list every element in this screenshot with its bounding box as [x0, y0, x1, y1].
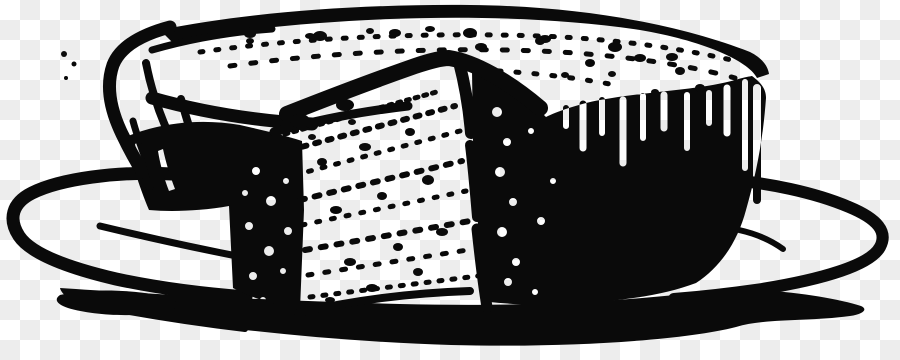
- plate-front-band: [60, 288, 864, 346]
- crumb-speck: [317, 158, 327, 166]
- crumb-speck: [330, 206, 342, 214]
- crumb-dot: [608, 71, 616, 77]
- crumb-row: [305, 221, 470, 250]
- crust-blob: [290, 114, 310, 128]
- crumb-dot: [585, 59, 595, 67]
- crumb-speck: [377, 192, 387, 200]
- crumb-speck: [325, 297, 335, 303]
- crumb-dot: [246, 38, 254, 44]
- crumb-speck: [359, 143, 371, 151]
- crumb-speck: [405, 128, 415, 136]
- slice-edge-stroke: [470, 145, 477, 217]
- crumb-speck: [366, 284, 378, 292]
- plate-rim-right-inner-stroke: [739, 230, 783, 249]
- plate: [13, 173, 883, 345]
- plate-rim-left-inner-stroke: [100, 226, 252, 259]
- crumb-speck: [308, 134, 316, 140]
- crumb-dot: [366, 28, 374, 34]
- crumb-speck: [436, 228, 448, 236]
- crust-blob: [336, 99, 354, 111]
- cake-clipart-illustration: Black and white woodcut-style clipart dr…: [0, 0, 900, 360]
- slice-edge-stroke: [459, 62, 471, 133]
- icing-dot: [61, 51, 67, 57]
- crumb-speck: [348, 119, 356, 125]
- crumb-dot: [651, 89, 659, 95]
- icing-blob: [666, 53, 678, 61]
- crumb-dot: [675, 67, 685, 75]
- crumb-speck: [413, 268, 423, 276]
- crumb-dot: [634, 54, 646, 62]
- crumb-dot: [475, 43, 487, 51]
- crumb-speck: [344, 258, 356, 266]
- cake-right-shaded-side: [472, 70, 766, 305]
- icing-dot: [72, 62, 77, 67]
- crumb-speck: [393, 243, 403, 251]
- crumb-row: [308, 249, 474, 275]
- transparency-checkerboard-background: Black and white woodcut-style clipart dr…: [0, 0, 900, 360]
- crumb-dot: [305, 33, 315, 39]
- stray-icing-dots: [61, 51, 77, 80]
- crumb-dot: [561, 72, 569, 78]
- crumb-dot: [695, 84, 705, 92]
- crumb-dot: [535, 37, 545, 45]
- crumb-dot: [425, 26, 435, 32]
- crumb-speck: [422, 175, 434, 185]
- icing-dot: [64, 76, 68, 80]
- cake-body: [61, 5, 769, 310]
